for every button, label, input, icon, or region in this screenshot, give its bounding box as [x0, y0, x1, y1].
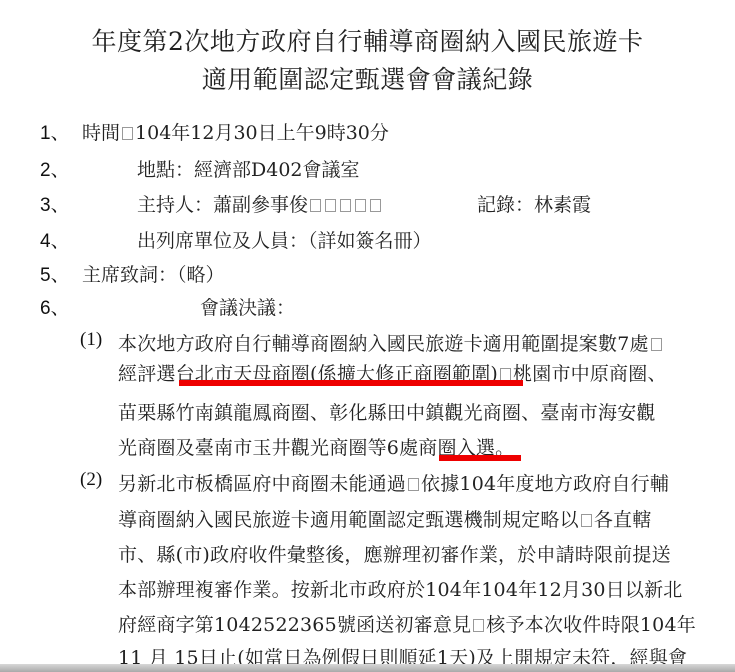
document-title-line2: 適用範圍認定甄選會會議紀錄: [0, 60, 735, 96]
resolution-number: (2): [80, 469, 102, 491]
resolution-2-line-5: 府經商字第1042522365號函送初審意見核予本次收件時限104年: [118, 610, 696, 637]
resolution-2-line-4: 本部辦理複審作業。按新北市政府於104年104年12月30日以新北: [118, 575, 683, 602]
missing-glyph-icon: [325, 199, 336, 212]
resolution-number: (1): [80, 329, 102, 351]
text-segment: 各直轄: [594, 509, 652, 531]
document-title-line1: 年度第2次地方政府自行輔導商圈納入國民旅遊卡: [0, 22, 735, 58]
item-number: 1、: [40, 118, 70, 145]
missing-glyph-icon: [370, 199, 381, 212]
text-segment: 依據104年度地方政府自行輔: [421, 473, 669, 495]
missing-glyph-icon: [355, 199, 366, 212]
missing-glyph-icon: [310, 199, 321, 212]
resolution-1-line-1: 本次地方政府自行輔導商圈納入國民旅遊卡適用範圍提案數7處: [118, 329, 664, 356]
text-segment: 本次地方政府自行輔導商圈納入國民旅遊卡適用範圍提案數7處: [118, 333, 649, 355]
missing-glyph-icon: [651, 338, 662, 351]
missing-glyph-icon: [473, 619, 484, 632]
item-number: 2、: [40, 155, 70, 182]
text-segment: 桃園市中原商圈、: [513, 363, 667, 385]
page-bottom-edge: [0, 664, 735, 672]
item-number: 5、: [40, 260, 70, 287]
red-underline-highlight: [439, 455, 521, 461]
item-time: 時間104年12月30日上午9時30分: [82, 118, 389, 145]
text-segment: 光商圈及臺南市玉井觀光商圈等6處: [118, 437, 418, 459]
chair-text: 主持人：蕭副參事俊: [137, 194, 308, 216]
item-number: 4、: [40, 226, 70, 253]
text-segment: 經評選: [118, 363, 176, 385]
missing-glyph-icon: [122, 127, 133, 140]
time-value: 104年12月30日上午9時30分: [135, 122, 389, 144]
resolution-2-line-2: 導商圈納入國民旅遊卡適用範圍認定甄選機制規定略以各直轄: [118, 505, 651, 532]
text-segment: 導商圈納入國民旅遊卡適用範圍認定甄選機制規定略以: [118, 509, 579, 531]
item-attendees: 出列席單位及人員：（詳如簽名冊）: [137, 226, 432, 253]
missing-glyph-icon: [408, 478, 419, 491]
red-underline-highlight: [179, 380, 523, 386]
resolution-2-line-1: 另新北市板橋區府中商圈未能通過依據104年度地方政府自行輔: [118, 469, 669, 496]
resolution-2-line-3: 市、縣(市)政府收件彙整後，應辦理初審作業，於申請時限前提送: [118, 540, 671, 567]
resolution-1-line-3: 苗栗縣竹南鎮龍鳳商圈、彰化縣田中鎮觀光商圈、臺南市海安觀: [118, 398, 656, 425]
item-number: 6、: [40, 293, 70, 320]
text-segment: 核予本次收件時限104年: [486, 614, 696, 636]
item-chair: 主持人：蕭副參事俊: [137, 190, 383, 217]
missing-glyph-icon: [500, 368, 511, 381]
item-recorder: 記錄：林素霞: [477, 190, 591, 217]
missing-glyph-icon: [581, 514, 592, 527]
item-number: 3、: [40, 190, 70, 217]
text-segment: 府經商字第1042522365號函送初審意見: [118, 614, 471, 636]
item-chair-speech: 主席致詞：（略）: [82, 260, 225, 287]
item-resolutions: 會議決議：: [200, 293, 295, 320]
missing-glyph-icon: [340, 199, 351, 212]
text-segment: 另新北市板橋區府中商圈未能通過: [118, 473, 406, 495]
time-label: 時間: [82, 122, 120, 144]
item-location: 地點：經濟部D402會議室: [137, 155, 360, 182]
